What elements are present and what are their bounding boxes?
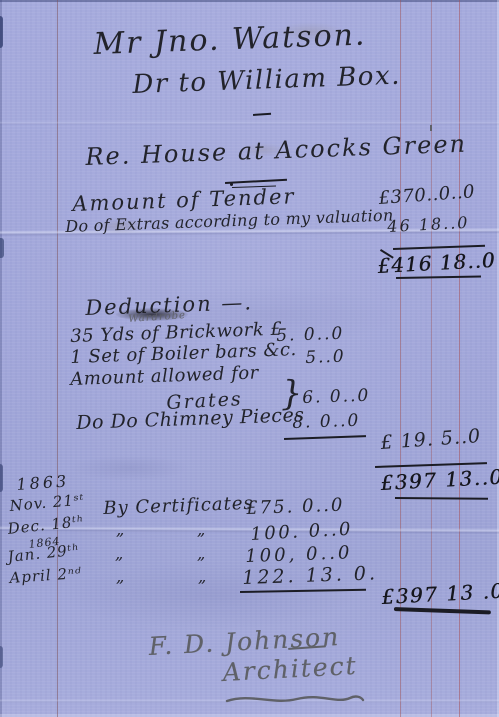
payment-row2-date: Dec. 18ᵗʰ [7,514,85,537]
subject-underline-1 [225,179,287,184]
deduction-row2-amount: 5..0 [305,349,346,367]
payments-total-underline [394,607,491,614]
balance-amount: £397 13..0 [380,467,499,493]
payment-row4-date: April 2ⁿᵈ [9,566,82,586]
fold-crease-faint [0,121,499,125]
left-edge-nick-3 [0,464,3,492]
addressee-line: Mr Jno. Watson. [93,20,367,60]
ditto-row4-a: „ [116,569,124,585]
deduction-row2-label: 1 Set of Boiler bars &c. [70,341,297,367]
signature-title: Architect [222,653,358,685]
left-edge-nick-2 [0,238,4,258]
payment-row4-amount: 122. 13. 0. [242,564,378,588]
tender-amount: £370..0..0 [378,183,476,208]
ditto-row3-b: „ [197,546,205,562]
ditto-row4-b: „ [198,569,206,585]
ditto-row2-b: „ [197,522,205,538]
left-edge-shadow [0,0,2,717]
left-edge-nick-4 [0,646,3,668]
deduction-row3-label: Amount allowed for [70,364,259,389]
subject-line: Re. House at Acocks Green [85,132,467,169]
payment-row3-date: Jan. 29ᵗʰ [7,542,81,564]
signature-flourish [225,690,365,708]
payment-row1-amount: £75. 0..0 [246,497,345,518]
payment-row1-date: Nov. 21ˢᵗ [9,492,85,514]
subtotal-amount: £416 18..0 [377,250,496,276]
document-page: Mr Jno. Watson. Dr to William Box. Re. H… [0,0,499,717]
ditto-row3-a: „ [115,546,123,562]
payment-row2-amount: 100. 0..0 [250,521,353,544]
balance-underline [395,497,488,500]
top-edge-shadow [0,0,499,2]
payment-row4-underline [240,589,366,593]
debit-line: Dr to William Box. [132,63,401,98]
header-separator-dash [253,113,271,116]
deduction-row5-amount: 8. 0..0 [292,413,361,432]
ditto-row2-a: „ [116,522,124,538]
payment-row1-label: By Certificates [103,495,254,518]
deduction-row5-label: Do Do Chimney Pieces [76,406,305,433]
payments-year-1863: 1863 [16,473,70,493]
deduction-total: £ 19. 5..0 [380,427,482,453]
margin-rule-left [57,0,58,717]
subtotal-underline [396,276,481,279]
deduction-row4-amount: 6. 0..0 [302,388,371,407]
deduction-row5-underline [284,435,366,440]
payments-total: £397 13 .0 [381,581,499,607]
left-edge-nick-1 [0,16,3,48]
extras-amount: 46 18..0 [387,215,470,235]
stain-4 [70,455,190,481]
